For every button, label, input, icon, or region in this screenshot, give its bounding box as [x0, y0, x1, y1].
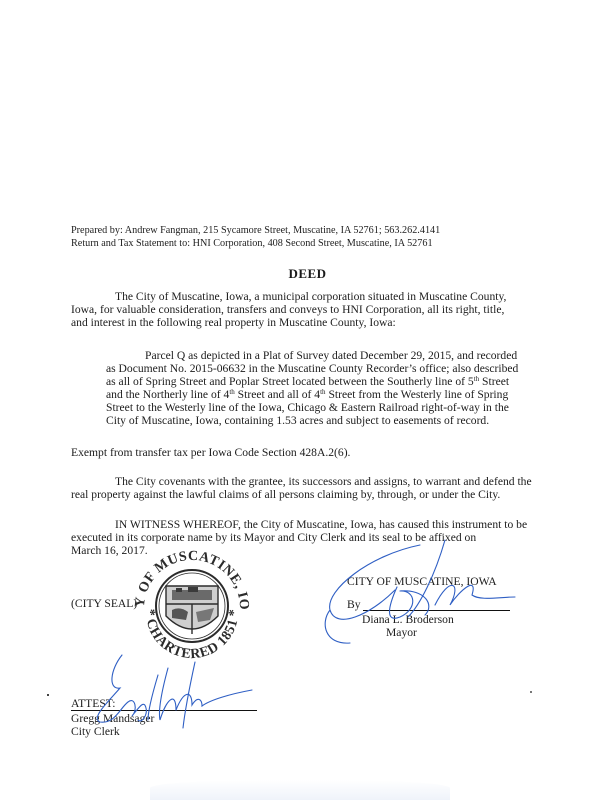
- clerk-name: Gregg Mandsager: [71, 712, 154, 725]
- signature-entity: CITY OF MUSCATINE, IOWA: [347, 575, 497, 588]
- covenant-line-1: The City covenants with the grantee, its…: [115, 475, 532, 488]
- intro-line-2: Iowa, for valuable consideration, transf…: [71, 303, 504, 316]
- clerk-signature-line: [71, 710, 257, 711]
- mayor-title: Mayor: [386, 626, 417, 639]
- legal-line-5: Street to the Westerly line of the Iowa,…: [106, 401, 509, 414]
- prepared-by-line: Prepared by: Andrew Fangman, 215 Sycamor…: [71, 224, 440, 237]
- scan-shadow: [150, 780, 450, 800]
- covenant-line-2: real property against the lawful claims …: [71, 488, 500, 501]
- by-label: By: [347, 598, 361, 611]
- exemption-line: Exempt from transfer tax per Iowa Code S…: [71, 446, 350, 459]
- scan-speck: [47, 694, 49, 696]
- intro-line-3: and interest in the following real prope…: [71, 316, 396, 329]
- legal-line-4-text-end: Street from the Westerly line of Spring: [326, 388, 509, 401]
- deed-document-page: Prepared by: Andrew Fangman, 215 Sycamor…: [0, 0, 615, 800]
- city-seal-stamp: CITY OF MUSCATINE, IOWA * CHARTERED 1851…: [122, 538, 262, 668]
- clerk-title: City Clerk: [71, 725, 120, 738]
- legal-line-6: City of Muscatine, Iowa, containing 1.53…: [106, 414, 489, 427]
- legal-line-3-text: as all of Spring Street and Poplar Stree…: [106, 375, 474, 388]
- legal-line-4: and the Northerly line of 4th Street and…: [106, 388, 508, 401]
- legal-line-4-text: and the Northerly line of 4: [106, 388, 229, 401]
- legal-line-2: as Document No. 2015-06632 in the Muscat…: [106, 362, 518, 375]
- intro-line-1: The City of Muscatine, Iowa, a municipal…: [115, 290, 506, 303]
- seal-shield-icon: [166, 586, 218, 634]
- witness-line-1: IN WITNESS WHEREOF, the City of Muscatin…: [115, 518, 527, 531]
- document-title: DEED: [0, 266, 615, 282]
- mayor-signature-line: [363, 610, 510, 611]
- legal-line-1: Parcel Q as depicted in a Plat of Survey…: [145, 349, 517, 362]
- scan-speck: [530, 691, 532, 693]
- legal-line-3: as all of Spring Street and Poplar Stree…: [106, 375, 509, 388]
- legal-line-4-text-mid: Street and all of 4: [235, 388, 320, 401]
- return-to-line: Return and Tax Statement to: HNI Corpora…: [71, 237, 433, 250]
- legal-line-3-text-end: Street: [479, 375, 509, 388]
- attest-label: ATTEST:: [71, 697, 116, 710]
- mayor-name: Diana L. Broderson: [362, 613, 454, 626]
